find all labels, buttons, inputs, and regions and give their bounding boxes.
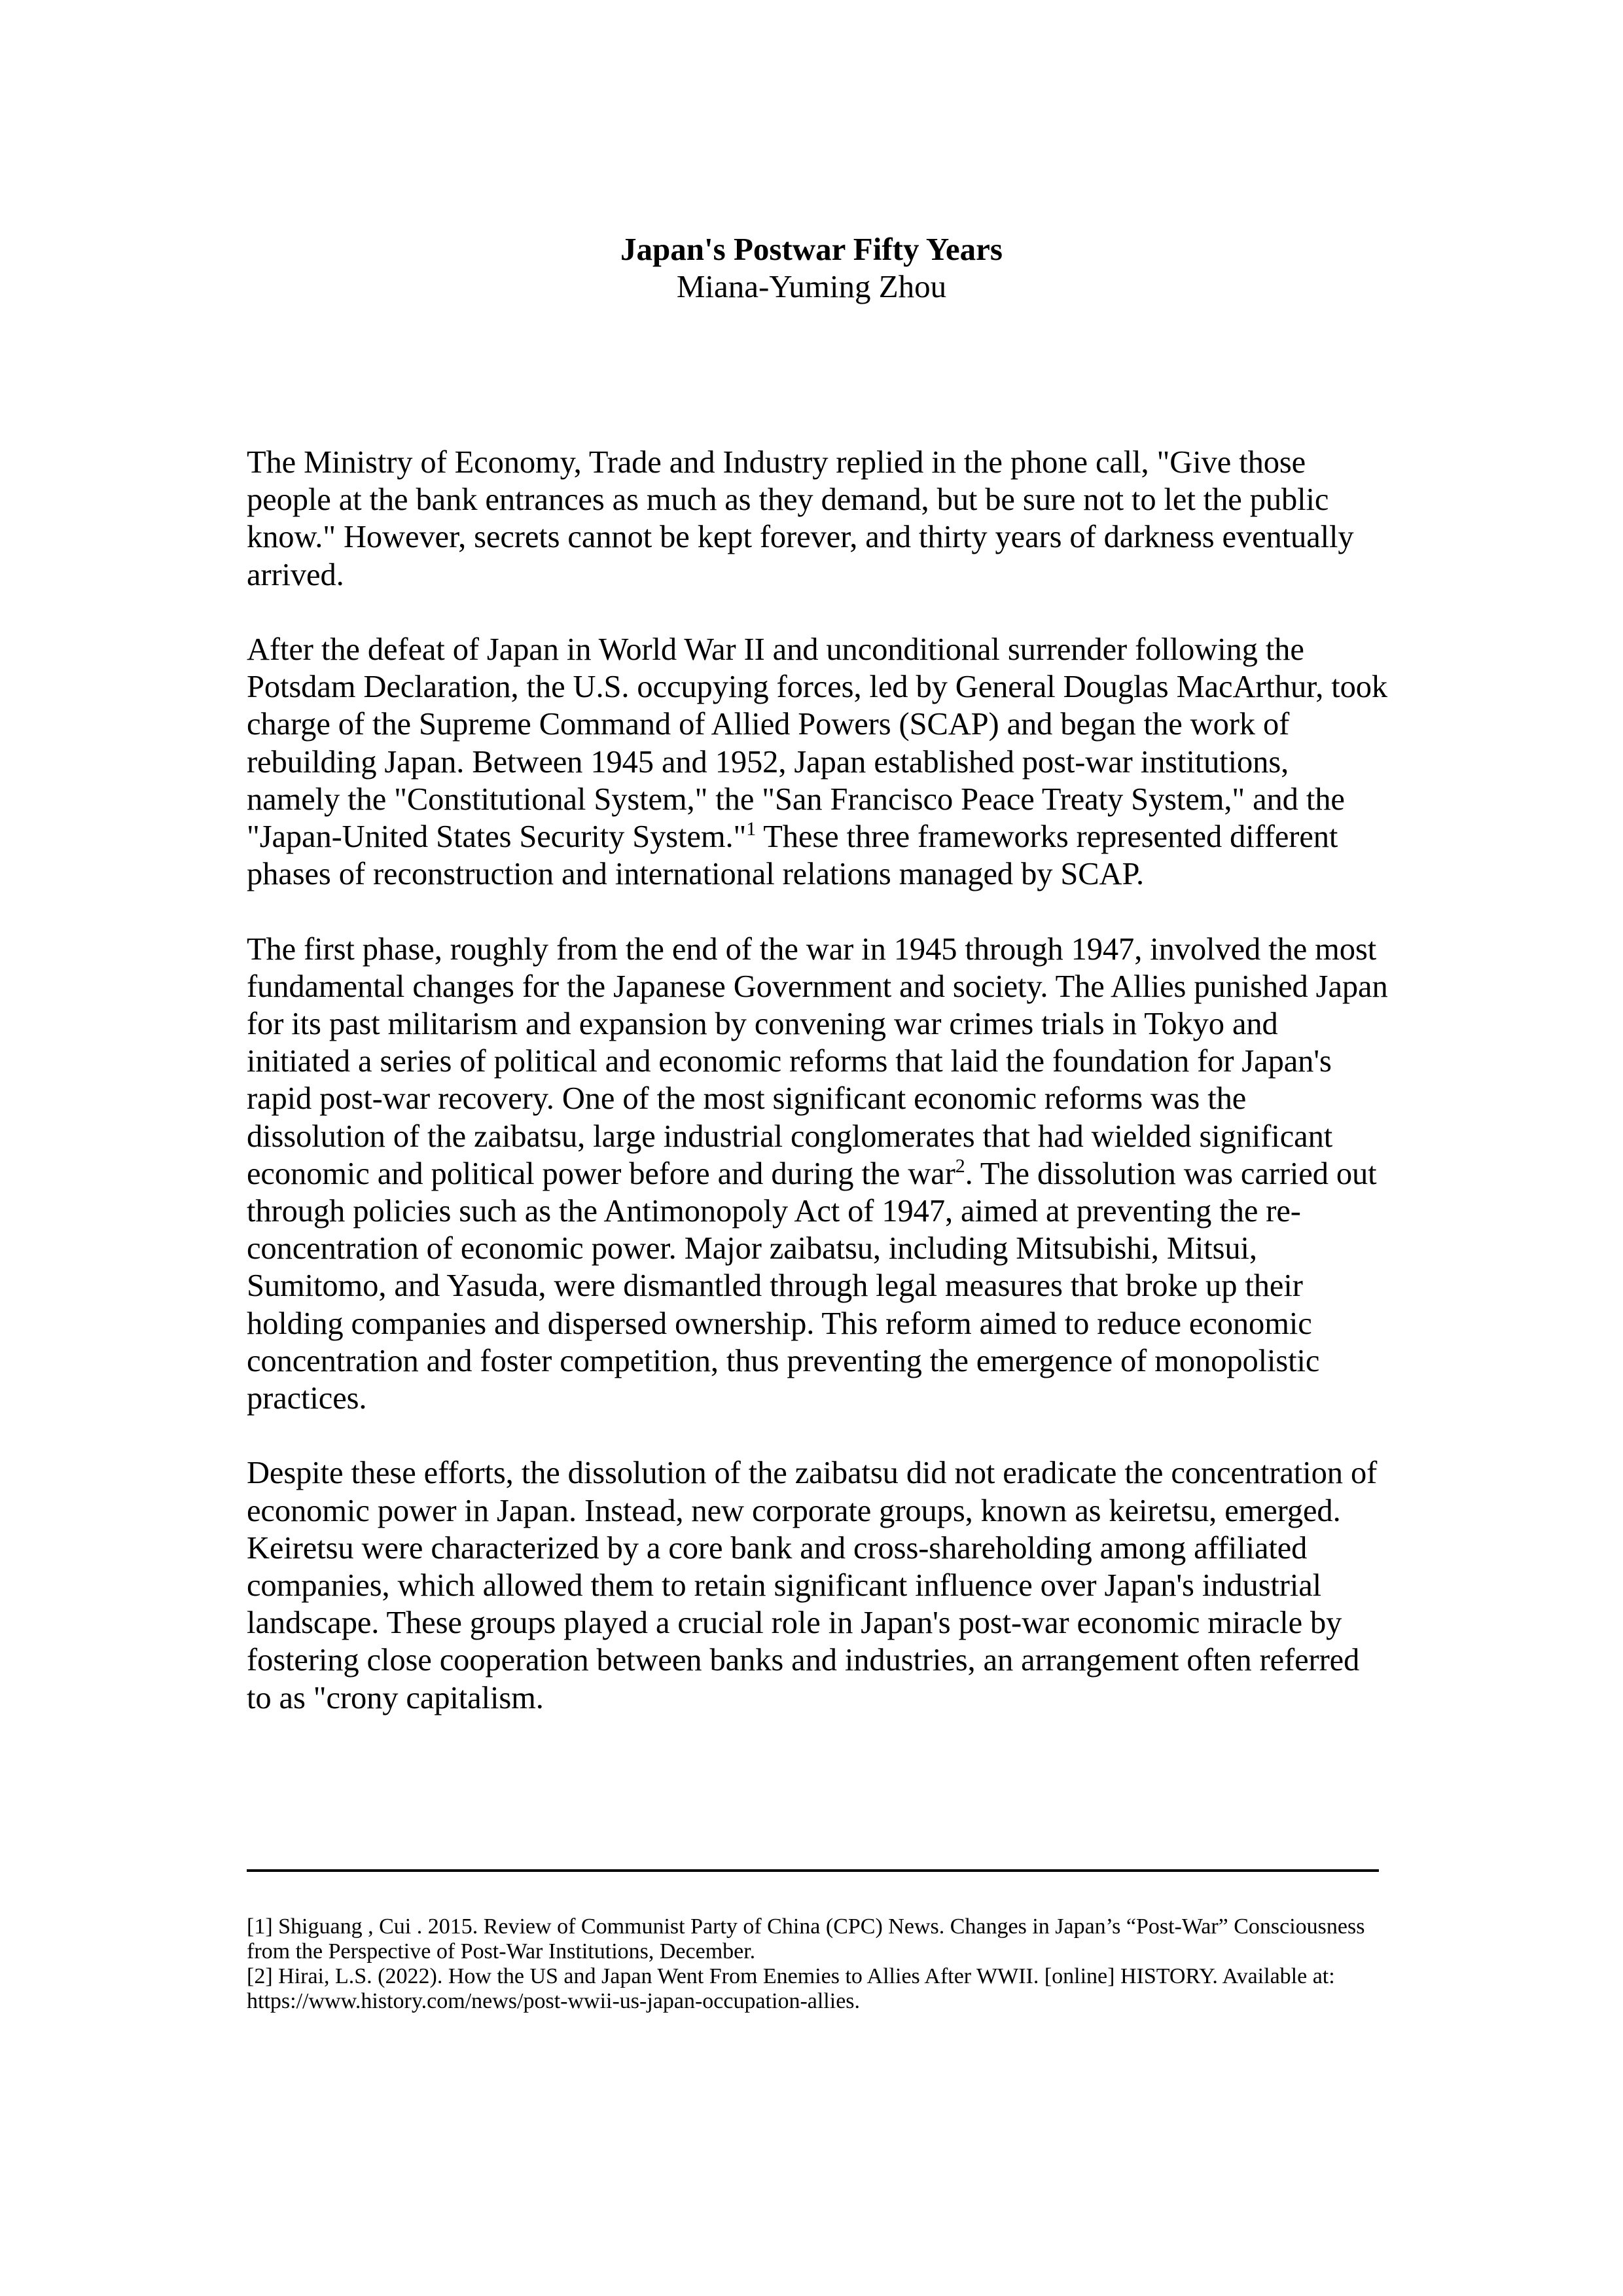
footnote-ref-2[interactable]: 2 [955, 1155, 965, 1177]
footnote-separator [247, 1869, 1379, 1872]
title-block: Japan's Postwar Fifty Years Miana-Yuming… [0, 230, 1623, 305]
paragraph-2: After the defeat of Japan in World War I… [247, 631, 1389, 893]
document-title: Japan's Postwar Fifty Years [0, 230, 1623, 268]
paragraph-1: The Ministry of Economy, Trade and Indus… [247, 444, 1389, 594]
footnote-ref-1[interactable]: 1 [746, 818, 756, 840]
paragraph-3-text-before: The first phase, roughly from the end of… [247, 932, 1388, 1191]
footnote-1: [1] Shiguang , Cui . 2015. Review of Com… [247, 1914, 1399, 1964]
document-author: Miana-Yuming Zhou [0, 268, 1623, 305]
document-body: The Ministry of Economy, Trade and Indus… [247, 444, 1389, 1754]
footnote-2: [2] Hirai, L.S. (2022). How the US and J… [247, 1964, 1399, 2014]
paragraph-4: Despite these efforts, the dissolution o… [247, 1454, 1389, 1716]
paragraph-3-text-after: . The dissolution was carried out throug… [247, 1157, 1377, 1416]
paragraph-3: The first phase, roughly from the end of… [247, 931, 1389, 1418]
footnotes: [1] Shiguang , Cui . 2015. Review of Com… [247, 1914, 1399, 2014]
